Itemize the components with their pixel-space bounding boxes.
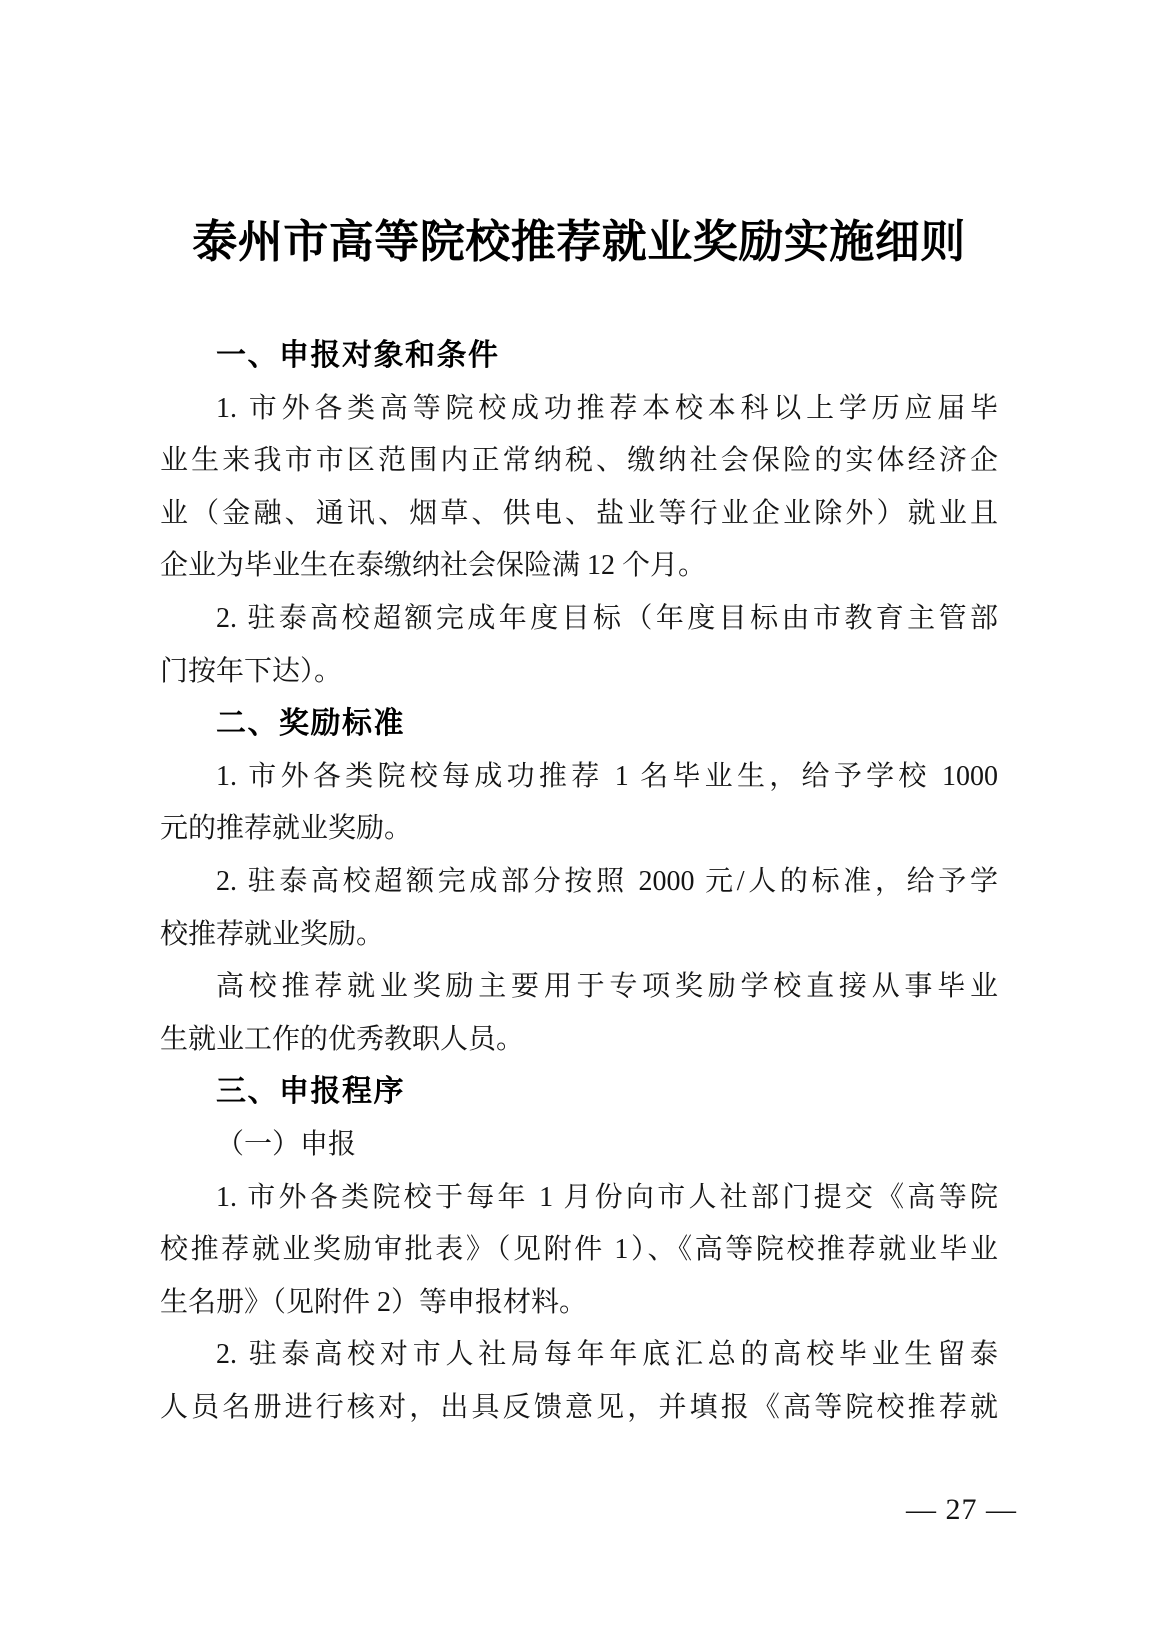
page-number: — 27 — [906,1492,1017,1528]
document-title: 泰州市高等院校推荐就业奖励实施细则 [0,213,1158,271]
section-heading-2: 二、奖励标准 [160,698,998,751]
body-line: 1. 市外各类院校于每年 1 月份向市人社部门提交《高等院 [160,1172,998,1225]
body-line: 门按年下达）。 [160,646,998,699]
body-line: 2. 驻泰高校超额完成部分按照 2000 元/人的标准，给予学 [160,856,998,909]
body-line: 校推荐就业奖励审批表》（见附件 1）、《高等院校推荐就业毕业 [160,1224,998,1277]
body-line: 1. 市外各类高等院校成功推荐本校本科以上学历应届毕 [160,383,998,436]
body-line: 业（金融、通讯、烟草、供电、盐业等行业企业除外）就业且 [160,488,998,541]
body-line: 元的推荐就业奖励。 [160,803,998,856]
document-body: 一、申报对象和条件 1. 市外各类高等院校成功推荐本校本科以上学历应届毕 业生来… [160,330,998,1434]
body-line: 业生来我市市区范围内正常纳税、缴纳社会保险的实体经济企 [160,435,998,488]
section-heading-3: 三、申报程序 [160,1066,998,1119]
document-page: 泰州市高等院校推荐就业奖励实施细则 一、申报对象和条件 1. 市外各类高等院校成… [0,0,1158,1637]
body-line: 企业为毕业生在泰缴纳社会保险满 12 个月。 [160,540,998,593]
sub-heading: （一）申报 [160,1119,998,1172]
section-heading-1: 一、申报对象和条件 [160,330,998,383]
body-line: 校推荐就业奖励。 [160,909,998,962]
body-line: 1. 市外各类院校每成功推荐 1 名毕业生，给予学校 1000 [160,751,998,804]
body-line: 生就业工作的优秀教职人员。 [160,1014,998,1067]
body-line: 人员名册进行核对，出具反馈意见，并填报《高等院校推荐就 [160,1382,998,1435]
body-line: 高校推荐就业奖励主要用于专项奖励学校直接从事毕业 [160,961,998,1014]
body-line: 2. 驻泰高校对市人社局每年年底汇总的高校毕业生留泰 [160,1329,998,1382]
body-line: 2. 驻泰高校超额完成年度目标（年度目标由市教育主管部 [160,593,998,646]
body-line: 生名册》（见附件 2）等申报材料。 [160,1277,998,1330]
